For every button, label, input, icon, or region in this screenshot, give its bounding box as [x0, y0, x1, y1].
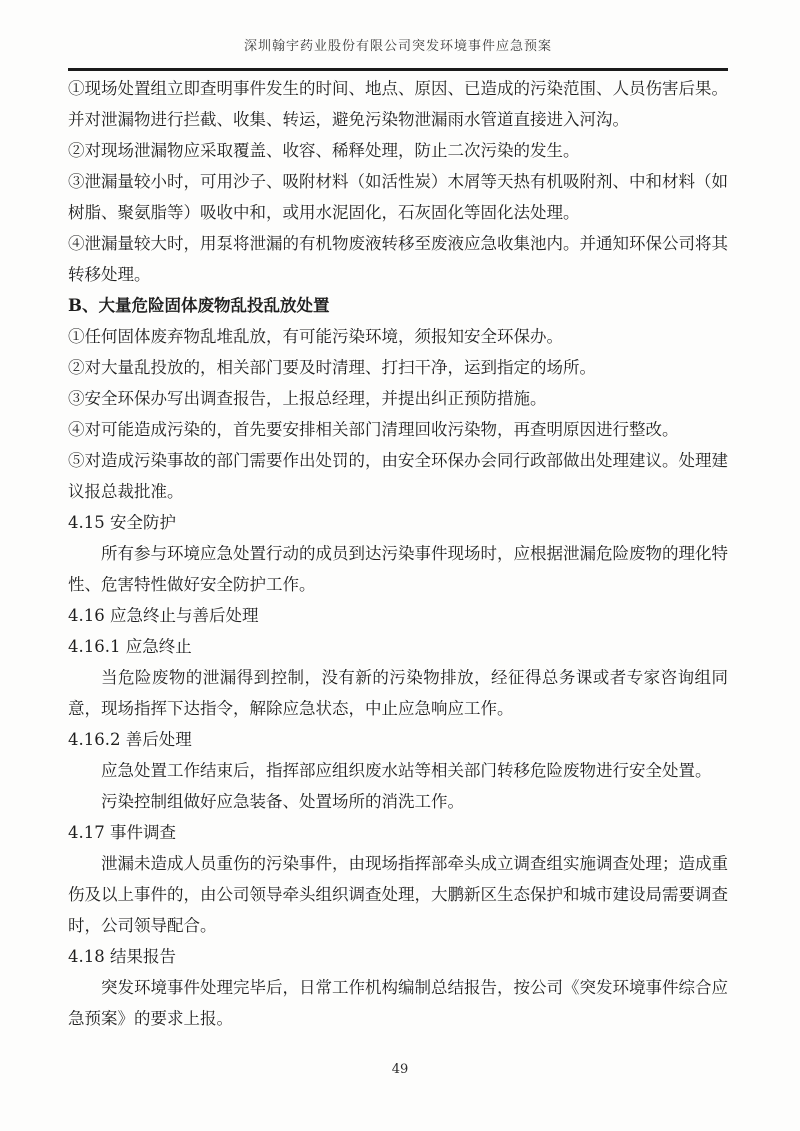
document-page: 深圳翰宇药业股份有限公司突发环境事件应急预案 ①现场处置组立即查明事件发生的时间… — [0, 0, 800, 1131]
paragraph: ④对可能造成污染的，首先要安排相关部门清理回收污染物，再查明原因进行整改。 — [68, 414, 728, 445]
section-heading: 4.16.1 应急终止 — [68, 631, 728, 662]
paragraph: ③安全环保办写出调查报告，上报总经理，并提出纠正预防措施。 — [68, 383, 728, 414]
section-heading: 4.15 安全防护 — [68, 507, 728, 538]
paragraph: ④泄漏量较大时，用泵将泄漏的有机物废液转移至废液应急收集池内。并通知环保公司将其… — [68, 228, 728, 290]
page-number: 49 — [0, 1062, 800, 1077]
section-heading: 4.16 应急终止与善后处理 — [68, 600, 728, 631]
paragraph-indented: 污染控制组做好应急装备、处置场所的消洗工作。 — [68, 786, 728, 817]
page-header: 深圳翰宇药业股份有限公司突发环境事件应急预案 — [0, 0, 800, 71]
document-body: ①现场处置组立即查明事件发生的时间、地点、原因、已造成的污染范围、人员伤害后果。… — [0, 71, 800, 1034]
paragraph: ⑤对造成污染事故的部门需要作出处罚的，由安全环保办会同行政部做出处理建议。处理建… — [68, 445, 728, 507]
paragraph: ②对大量乱投放的，相关部门要及时清理、打扫干净，运到指定的场所。 — [68, 352, 728, 383]
paragraph-indented: 应急处置工作结束后，指挥部应组织废水站等相关部门转移危险废物进行安全处置。 — [68, 755, 728, 786]
paragraph-indented: 当危险废物的泄漏得到控制，没有新的污染物排放，经征得总务课或者专家咨询组同意，现… — [68, 662, 728, 724]
paragraph: ②对现场泄漏物应采取覆盖、收容、稀释处理，防止二次污染的发生。 — [68, 135, 728, 166]
paragraph: ③泄漏量较小时，可用沙子、吸附材料（如活性炭）木屑等天热有机吸附剂、中和材料（如… — [68, 166, 728, 228]
paragraph: ①现场处置组立即查明事件发生的时间、地点、原因、已造成的污染范围、人员伤害后果。… — [68, 73, 728, 135]
paragraph-indented: 所有参与环境应急处置行动的成员到达污染事件现场时，应根据泄漏危险废物的理化特性、… — [68, 538, 728, 600]
subsection-heading-bold: B、大量危险固体废物乱投乱放处置 — [68, 290, 728, 321]
header-title: 深圳翰宇药业股份有限公司突发环境事件应急预案 — [68, 38, 728, 56]
paragraph-indented: 突发环境事件处理完毕后，日常工作机构编制总结报告，按公司《突发环境事件综合应急预… — [68, 972, 728, 1034]
section-heading: 4.18 结果报告 — [68, 941, 728, 972]
section-heading: 4.17 事件调查 — [68, 817, 728, 848]
paragraph: ①任何固体废弃物乱堆乱放，有可能污染环境，须报知安全环保办。 — [68, 321, 728, 352]
paragraph-indented: 泄漏未造成人员重伤的污染事件，由现场指挥部牵头成立调查组实施调查处理；造成重伤及… — [68, 848, 728, 941]
section-heading: 4.16.2 善后处理 — [68, 724, 728, 755]
